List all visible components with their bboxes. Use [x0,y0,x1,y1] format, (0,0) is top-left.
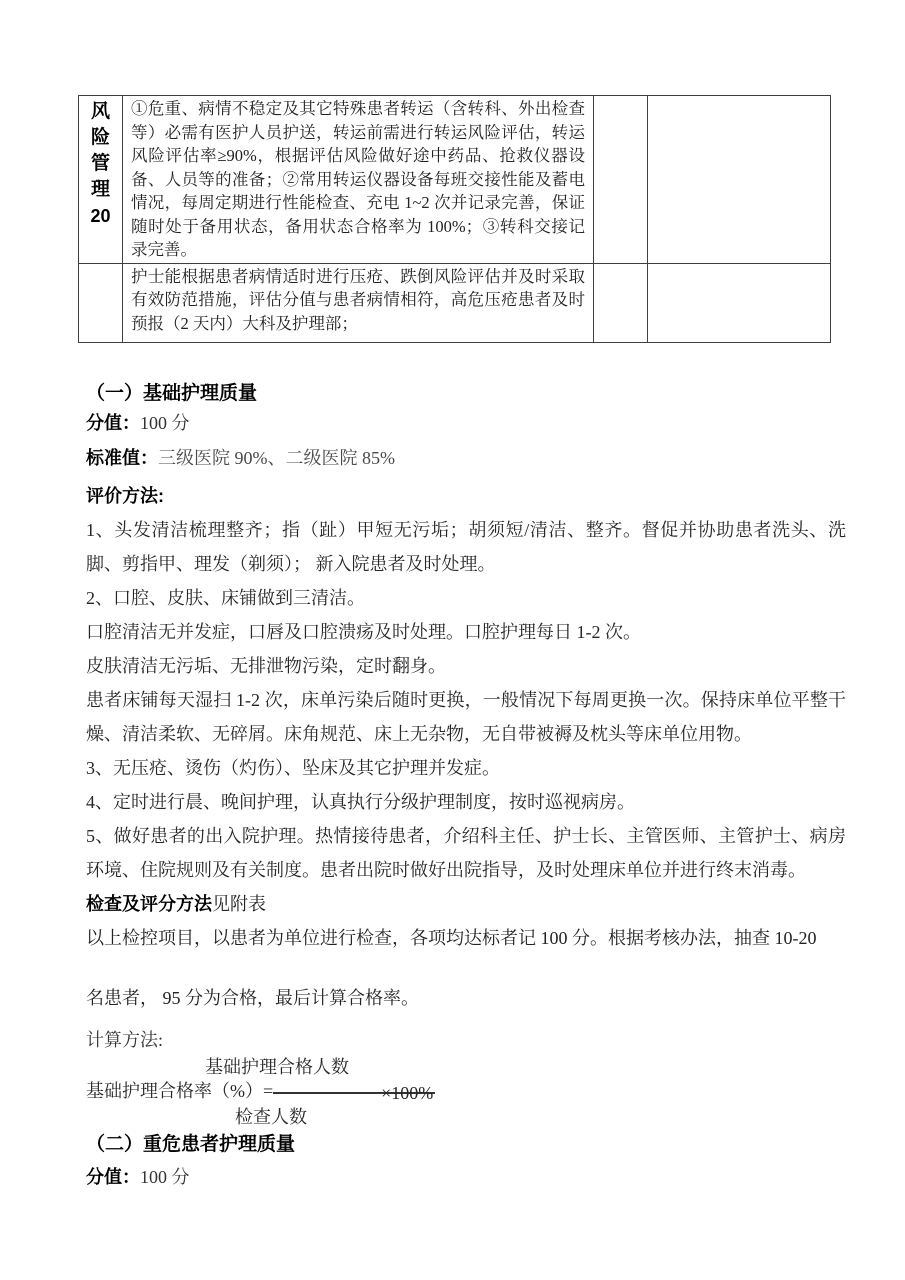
criteria-cell: 护士能根据患者病情适时进行压疮、跌倒风险评估并及时采取有效防范措施，评估分值与患… [123,263,594,342]
paragraph: 患者床铺每天湿扫 1-2 次，床单污染后随时更换，一般情况下每周更换一次。保持床… [86,683,846,751]
criteria-text: 护士能根据患者病情适时进行压疮、跌倒风险评估并及时采取有效防范措施，评估分值与患… [131,267,585,333]
document-body: （一）基础护理质量 分值：100 分 标准值：三级医院 90%、二级医院 85%… [86,382,846,1192]
paragraph: 口腔清洁无并发症，口唇及口腔溃疡及时处理。口腔护理每日 1-2 次。 [86,615,846,649]
section1-heading: （一）基础护理质量 [86,382,846,406]
formula-denominator: 检查人数 [86,1105,846,1129]
pass-rate-formula: 基础护理合格人数 基础护理合格率（%）=×100% 检查人数 [86,1055,846,1129]
standard-label: 标准值： [86,448,158,468]
check-method-note: 见附表 [212,894,266,914]
table-row: 风险管理 20 ①危重、病情不稳定及其它特殊患者转运（含转科、外出检查等）必需有… [79,96,831,264]
document-page: 风险管理 20 ①危重、病情不稳定及其它特殊患者转运（含转科、外出检查等）必需有… [0,0,905,1280]
check-detail-line1: 以上检控项目，以患者为单位进行检查，各项均达标者记 100 分。根据考核办法，抽… [86,921,846,955]
check-detail-line2: 名患者， 95 分为合格，最后计算合格率。 [86,981,846,1015]
calc-method-label: 计算方法: [86,1025,846,1055]
score-entry-cell [594,96,648,264]
paragraph: 皮肤清洁无污垢、无排泄物污染，定时翻身。 [86,649,846,683]
score-entry-cell [594,263,648,342]
paragraph: 5、做好患者的出入院护理。热情接待患者，介绍科主任、护士长、主管医师、主管护士、… [86,819,846,887]
table-row: 护士能根据患者病情适时进行压疮、跌倒风险评估并及时采取有效防范措施，评估分值与患… [79,263,831,342]
check-method-label: 检查及评分方法 [86,894,212,914]
category-cell [79,263,123,342]
paragraph: 2、口腔、皮肤、床铺做到三清洁。 [86,581,846,615]
category-cell: 风险管理 20 [79,96,123,264]
section2-score-line: 分值：100 分 [86,1163,846,1192]
section1-method-line: 评价方法: [86,482,846,511]
remark-cell [648,263,831,342]
section1-score-line: 分值：100 分 [86,409,846,438]
category-label: 风险管理 [91,99,111,203]
standard-value: 三级医院 90%、二级医院 85% [158,448,395,468]
paragraph: 3、无压疮、烫伤（灼伤）、坠床及其它护理并发症。 [86,751,846,785]
formula-numerator: 基础护理合格人数 [86,1055,846,1079]
risk-management-table: 风险管理 20 ①危重、病情不稳定及其它特殊患者转运（含转科、外出检查等）必需有… [78,95,831,343]
score-label: 分值： [86,413,140,433]
remark-cell [648,96,831,264]
score-value: 100 分 [140,1167,190,1187]
score-value: 100 分 [140,413,190,433]
score-label: 分值： [86,1167,140,1187]
check-method-line: 检查及评分方法见附表 [86,887,846,921]
formula-equation-line: 基础护理合格率（%）=×100% [86,1079,846,1105]
formula-lhs: 基础护理合格率（%）= [86,1081,273,1101]
formula-multiplier: ×100% [381,1081,433,1105]
criteria-text: ①危重、病情不稳定及其它特殊患者转运（含转科、外出检查等）必需有医护人员护送，转… [131,99,585,259]
section1-standard-line: 标准值：三级医院 90%、二级医院 85% [86,444,846,473]
criteria-cell: ①危重、病情不稳定及其它特殊患者转运（含转科、外出检查等）必需有医护人员护送，转… [123,96,594,264]
paragraph: 1、头发清洁梳理整齐；指（趾）甲短无污垢；胡须短/清洁、整齐。督促并协助患者洗头… [86,513,846,581]
paragraph: 4、定时进行晨、晚间护理，认真执行分级护理制度，按时巡视病房。 [86,785,846,819]
fraction-bar-wrap: ×100% [273,1081,458,1105]
method-label: 评价方法: [86,486,164,506]
category-score: 20 [81,203,120,229]
section2-heading: （二）重危患者护理质量 [86,1133,846,1157]
